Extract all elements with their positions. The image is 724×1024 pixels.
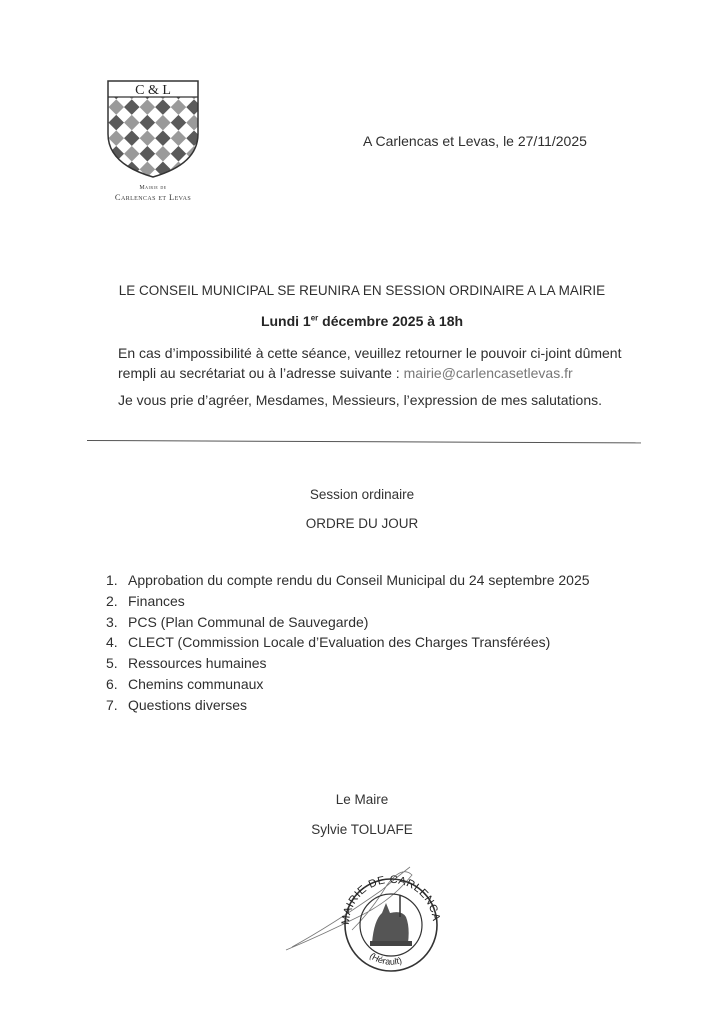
agenda-title: ORDRE DU JOUR	[0, 516, 724, 531]
agenda-item: 5.Ressources humaines	[106, 655, 590, 676]
logo-caption-line2: Carlencas et Levas	[106, 192, 200, 202]
mayor-role: Le Maire	[0, 792, 724, 807]
logo-caption-line1: Mairie de	[106, 185, 200, 191]
agenda-item-number: 4.	[106, 634, 128, 655]
convocation-title: LE CONSEIL MUNICIPAL SE REUNIRA EN SESSI…	[0, 283, 724, 298]
divider	[87, 440, 641, 443]
agenda-item: 7.Questions diverses	[106, 697, 590, 718]
mayor-name: Sylvie TOLUAFE	[0, 822, 724, 837]
agenda-item-number: 7.	[106, 697, 128, 718]
meeting-date-day: Lundi 1	[261, 313, 311, 329]
agenda-item-text: Ressources humaines	[128, 655, 267, 676]
agenda-item-number: 2.	[106, 593, 128, 614]
session-type: Session ordinaire	[0, 487, 724, 502]
agenda-list: 1.Approbation du compte rendu du Conseil…	[106, 572, 590, 718]
agenda-item-text: Approbation du compte rendu du Conseil M…	[128, 572, 590, 593]
agenda-item-text: Questions diverses	[128, 697, 247, 718]
agenda-item: 3.PCS (Plan Communal de Sauvegarde)	[106, 614, 590, 635]
agenda-item-text: PCS (Plan Communal de Sauvegarde)	[128, 614, 368, 635]
svg-text:(Hérault): (Hérault)	[368, 951, 403, 967]
municipality-logo: C & L Mairie de Carlencas et Levas	[106, 79, 200, 202]
official-stamp: MAIRIE DE CARLENCAS ET LEVAS (Hérault)	[282, 855, 442, 980]
agenda-item-number: 5.	[106, 655, 128, 676]
coat-of-arms-icon: C & L	[106, 79, 200, 179]
meeting-date-rest: décembre 2025 à 18h	[318, 313, 463, 329]
salutation: Je vous prie d’agréer, Mesdames, Messieu…	[118, 392, 602, 408]
agenda-item-number: 1.	[106, 572, 128, 593]
agenda-item-number: 3.	[106, 614, 128, 635]
agenda-item-number: 6.	[106, 676, 128, 697]
agenda-item-text: Chemins communaux	[128, 676, 263, 697]
email-link[interactable]: mairie@carlencasetlevas.fr	[404, 365, 573, 381]
agenda-item: 6.Chemins communaux	[106, 676, 590, 697]
agenda-item: 2.Finances	[106, 593, 590, 614]
place-and-date: A Carlencas et Levas, le 27/11/2025	[363, 133, 587, 149]
agenda-item: 4.CLECT (Commission Locale d’Evaluation …	[106, 634, 590, 655]
agenda-item: 1.Approbation du compte rendu du Conseil…	[106, 572, 590, 593]
agenda-item-text: Finances	[128, 593, 185, 614]
agenda-item-text: CLECT (Commission Locale d’Evaluation de…	[128, 634, 550, 655]
proxy-instructions-line2: rempli au secrétariat ou à l’adresse sui…	[118, 365, 404, 381]
proxy-instructions-line1: En cas d’impossibilité à cette séance, v…	[118, 343, 621, 363]
svg-text:C & L: C & L	[135, 83, 171, 98]
proxy-instructions: En cas d’impossibilité à cette séance, v…	[118, 343, 621, 383]
stamp-icon: MAIRIE DE CARLENCAS ET LEVAS (Hérault)	[282, 855, 442, 975]
meeting-date: Lundi 1er décembre 2025 à 18h	[0, 313, 724, 329]
